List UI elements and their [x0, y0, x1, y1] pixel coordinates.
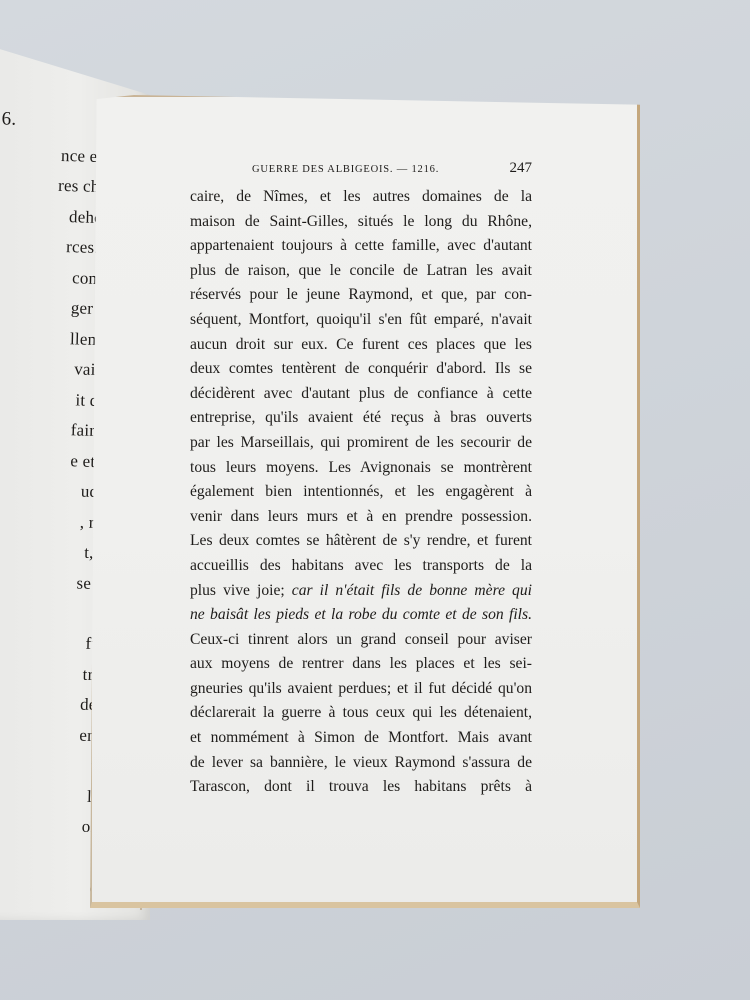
text-line: appartenaient toujours à cette famille, …	[190, 234, 532, 259]
text-line: séquent, Montfort, quoiqu'il s'en fût em…	[190, 308, 532, 333]
text-line: venir dans leurs murs et à en prendre po…	[190, 505, 532, 530]
text-line: Tarascon, dont il trouva les habitans pr…	[190, 775, 532, 800]
text-line: plus de raison, que le concile de Latran…	[190, 259, 532, 284]
right-page: GUERRE DES ALBIGEOIS. — 1216. 247 caire,…	[90, 95, 640, 908]
text-line: aux moyens de rentrer dans les places et…	[190, 652, 532, 677]
page-number: 247	[510, 160, 533, 177]
right-page-text: GUERRE DES ALBIGEOIS. — 1216. 247 caire,…	[190, 160, 532, 800]
text-line: par les Marseillais, qui promirent de le…	[190, 431, 532, 456]
text-line: Les deux comtes se hâtèrent de s'y rendr…	[190, 529, 532, 554]
text-line: deux comtes tentèrent de conquérir d'abo…	[190, 357, 532, 382]
text-italic: car il n'était fils de bonne mère qui	[292, 582, 532, 599]
text-line: tous leurs moyens. Les Avignonais se mon…	[190, 456, 532, 481]
text-line: et nommément à Simon de Montfort. Mais a…	[190, 726, 532, 751]
running-head-title: GUERRE DES ALBIGEOIS. — 1216.	[252, 164, 439, 175]
text-line: gneuries qu'ils avaient perdues; et il f…	[190, 677, 532, 702]
text-roman: plus vive joie;	[190, 582, 285, 599]
text-line: accueillis des habitans avec les transpo…	[190, 554, 532, 579]
text-line: aucun droit sur eux. Ce furent ces place…	[190, 333, 532, 358]
text-line: réservés pour le jeune Raymond, et que, …	[190, 283, 532, 308]
text-line: déclarerait la guerre à tous ceux qui le…	[190, 701, 532, 726]
text-line: Ceux-ci tinrent alors un grand conseil p…	[190, 628, 532, 653]
text-line: caire, de Nîmes, et les autres domaines …	[190, 185, 532, 210]
text-line-italic: ne baisât les pieds et la robe du comte …	[190, 603, 532, 628]
text-line: décidèrent avec d'autant plus de confian…	[190, 382, 532, 407]
text-line-mixed: plus vive joie; car il n'était fils de b…	[190, 579, 532, 604]
text-line: également bien intentionnés, et les enga…	[190, 480, 532, 505]
text-line: entreprise, qu'ils avaient été reçus à b…	[190, 406, 532, 431]
text-line: de lever sa bannière, le vieux Raymond s…	[190, 751, 532, 776]
text-line: maison de Saint-Gilles, situés le long d…	[190, 210, 532, 235]
running-head: GUERRE DES ALBIGEOIS. — 1216. 247	[190, 160, 532, 177]
